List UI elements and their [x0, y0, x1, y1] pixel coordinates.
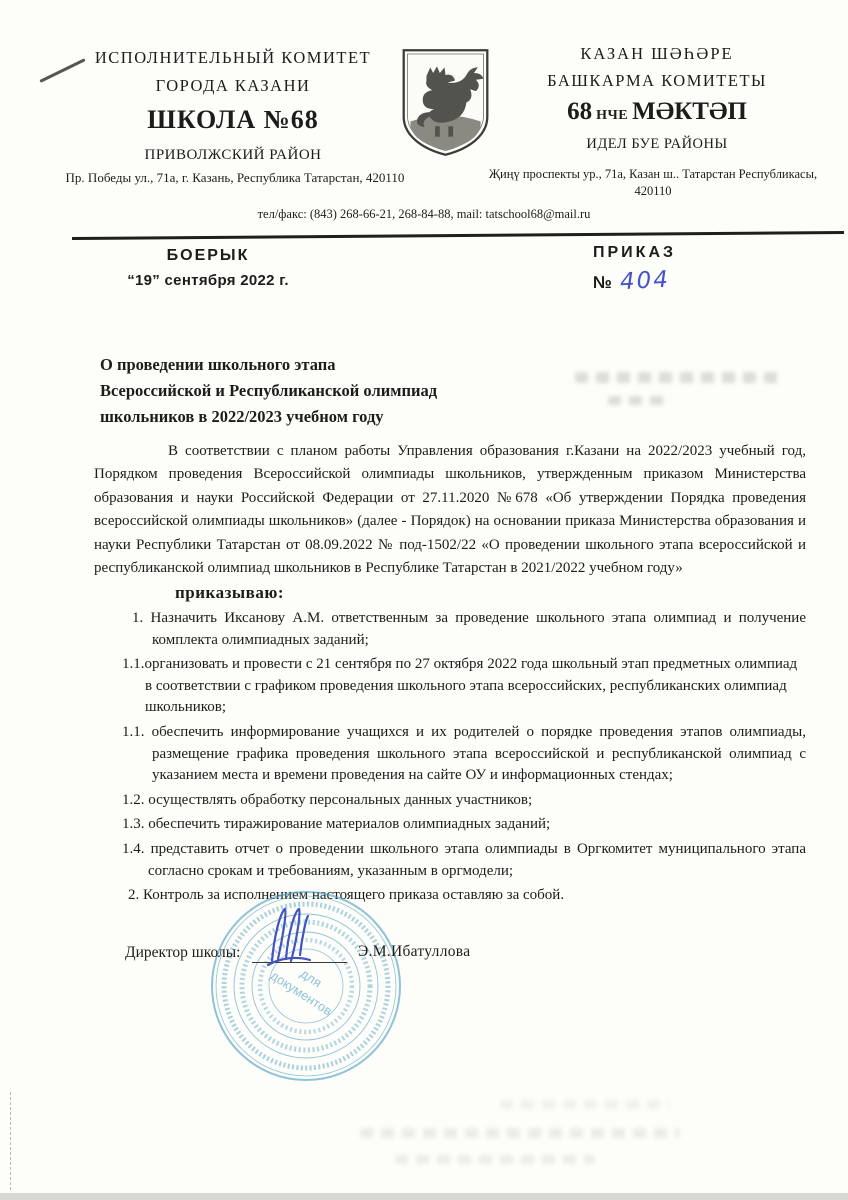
title-line1: О проведении школьного этапа — [100, 352, 570, 378]
header-divider-rule — [72, 231, 844, 240]
item-text: организовать и провести с 21 сентября по… — [145, 656, 798, 715]
order-items-list: 1. Назначить Иксанову А.М. ответственным… — [94, 608, 806, 910]
signature-label: Директор школы: — [125, 944, 240, 962]
header-tatar-block: КАЗАН ШӘҺӘРЕ БАШКАРМА КОМИТЕТЫ 68 НЧЕ МӘ… — [482, 44, 832, 153]
bleed-through-smudge — [575, 372, 780, 383]
handwritten-order-number: 404 — [619, 267, 670, 296]
order-date: “19” сентября 2022 г. — [108, 272, 308, 289]
bleed-through-smudge — [395, 1155, 595, 1164]
order-head-russian: ПРИКАЗ №404 — [593, 244, 676, 294]
address-ru: Пр. Победы ул., 71а, г. Казань, Республи… — [40, 170, 430, 186]
org-line2: ГОРОДА КАЗАНИ — [58, 76, 408, 96]
bleed-through-smudge — [360, 1128, 680, 1138]
school-name-tat: 68 НЧЕ МӘКТӘП — [482, 98, 832, 126]
scanned-order-page: { "colors": { "ink_blue": "#4353c8", "st… — [0, 0, 848, 1200]
list-item: 2. Контроль за исполнением настоящего пр… — [94, 885, 806, 907]
address-tat-line2: 420110 — [468, 183, 838, 200]
list-item: 1. Назначить Иксанову А.М. ответственным… — [94, 608, 806, 651]
item-text: представить отчет о проведении школьного… — [145, 841, 807, 879]
title-line3: школьников в 2022/2023 учебном году — [100, 404, 570, 430]
kazan-coat-of-arms-icon — [398, 45, 493, 160]
bleed-through-smudge — [500, 1100, 670, 1109]
address-tat: Җиңү проспекты ур., 71а, Казан ш.. Татар… — [468, 166, 838, 200]
item-text: осуществлять обработку персональных данн… — [145, 792, 533, 808]
org-line1: ИСПОЛНИТЕЛЬНЫЙ КОМИТЕТ — [58, 48, 408, 68]
org-line1-tat: КАЗАН ШӘҺӘРЕ — [482, 44, 832, 64]
scan-left-edge-line — [10, 1092, 11, 1190]
title-line2: Всероссийской и Республиканской олимпиад — [100, 378, 570, 404]
list-item: 1.3. обеспечить тиражирование материалов… — [94, 814, 806, 836]
item-number: 2. — [128, 887, 139, 903]
item-text: обеспечить информирование учащихся и их … — [145, 724, 807, 783]
list-item: 1.4. представить отчет о проведении школ… — [94, 839, 806, 882]
item-number: 1.2. — [122, 792, 145, 808]
prikaz-title: ПРИКАЗ — [593, 244, 676, 262]
list-item: 1.1.организовать и провести с 21 сентябр… — [94, 654, 806, 719]
school-word: МӘКТӘП — [632, 98, 747, 125]
school-name-ru: ШКОЛА №68 — [58, 105, 408, 135]
boeryk-title: БОЕРЫК — [108, 247, 308, 265]
scan-bottom-edge — [0, 1193, 848, 1200]
district-ru: ПРИВОЛЖСКИЙ РАЙОН — [58, 147, 408, 164]
item-number: 1.1. — [122, 724, 145, 740]
document-title: О проведении школьного этапа Всероссийск… — [100, 352, 570, 430]
order-number-row: №404 — [593, 268, 676, 294]
school-mid-word: НЧЕ — [592, 108, 632, 123]
item-number: 1.4. — [122, 841, 145, 857]
signature-name: Э.М.Ибатуллова — [358, 943, 470, 961]
address-tat-line1: Җиңү проспекты ур., 71а, Казан ш.. Татар… — [468, 166, 838, 183]
school-number: 68 — [567, 98, 592, 125]
contact-line: тел/факс: (843) 268-66-21, 268-84-88, ma… — [0, 207, 848, 222]
item-number: 1.3. — [122, 816, 145, 832]
list-item: 1.2. осуществлять обработку персональных… — [94, 790, 806, 812]
order-verb: приказываю: — [175, 583, 284, 603]
order-head-tatar: БОЕРЫК “19” сентября 2022 г. — [108, 247, 308, 289]
list-item: 1.1. обеспечить информирование учащихся … — [94, 722, 806, 787]
district-tat: ИДЕЛ БУЕ РАЙОНЫ — [482, 136, 832, 153]
item-number: 1.1. — [122, 656, 145, 672]
header-russian-block: ИСПОЛНИТЕЛЬНЫЙ КОМИТЕТ ГОРОДА КАЗАНИ ШКО… — [58, 48, 408, 164]
item-text: Назначить Иксанову А.М. ответственным за… — [143, 610, 806, 648]
handwritten-signature — [262, 903, 318, 969]
org-line2-tat: БАШКАРМА КОМИТЕТЫ — [482, 71, 832, 91]
item-text: обеспечить тиражирование материалов олим… — [145, 816, 551, 832]
bleed-through-smudge — [608, 396, 668, 405]
number-sign: № — [593, 273, 612, 292]
preamble-paragraph: В соответствии с планом работы Управлени… — [94, 440, 806, 580]
item-number: 1. — [132, 610, 143, 626]
